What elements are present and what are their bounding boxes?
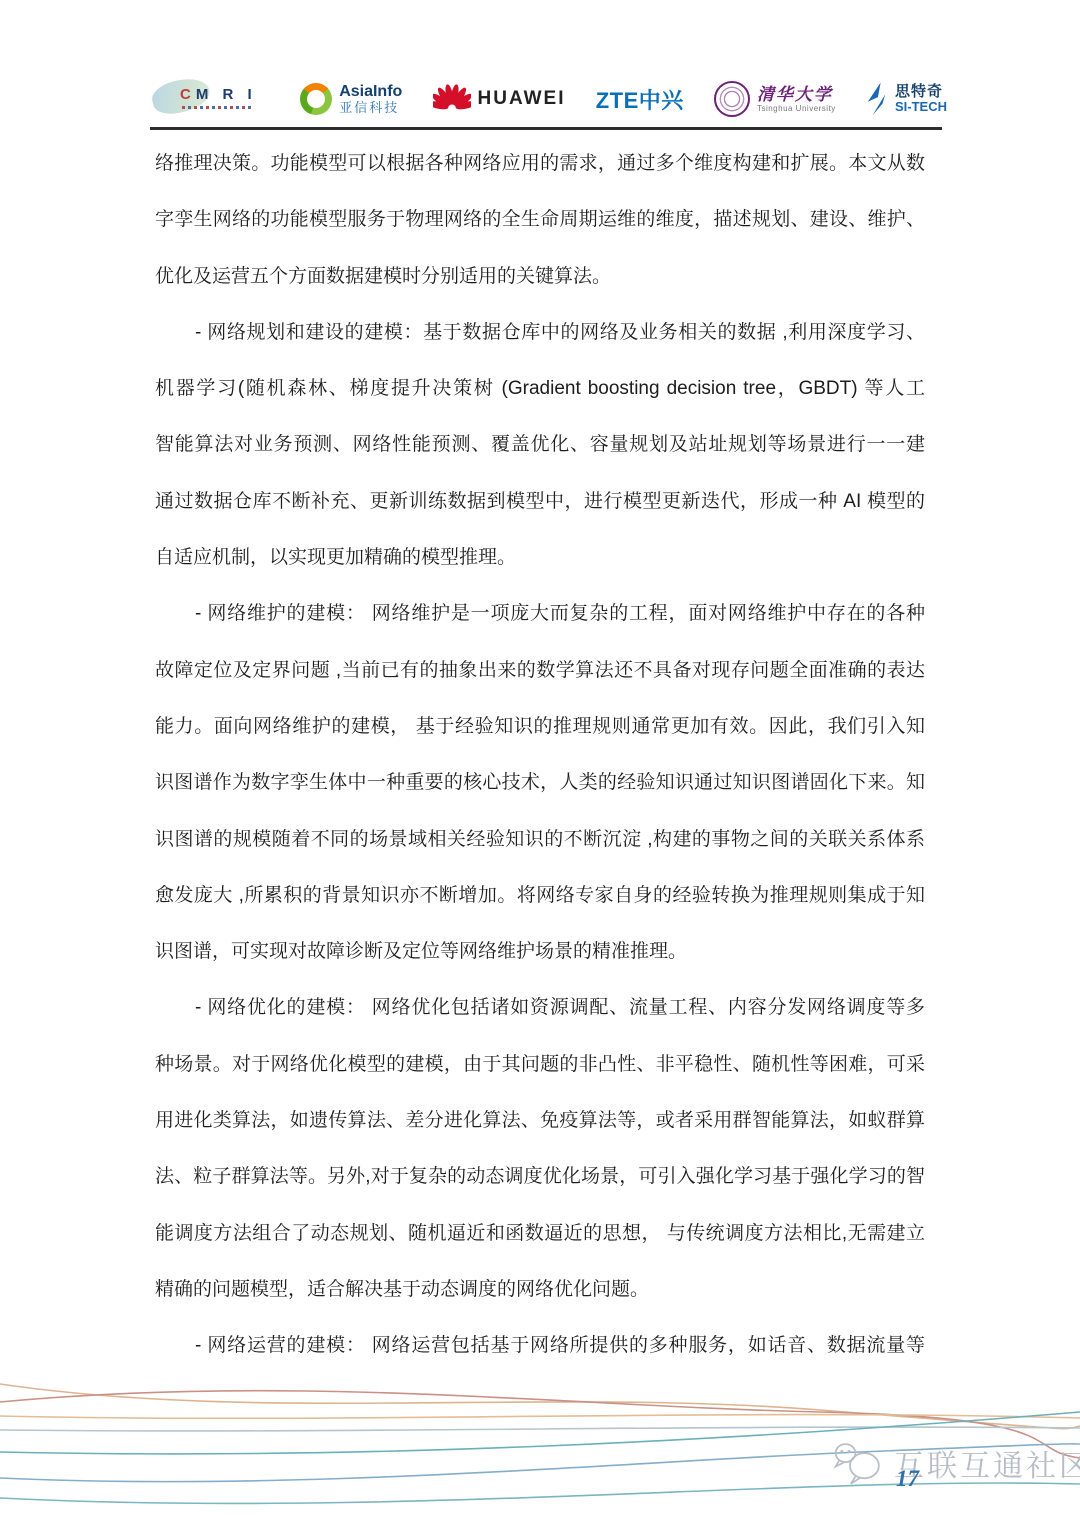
community-watermark: 互联互通社区 <box>832 1440 1080 1486</box>
wechat-chat-bubbles-icon <box>832 1440 886 1486</box>
asiainfo-ring-icon <box>300 83 332 115</box>
body-line: 故障定位及定界问题 ,当前已有的抽象出来的数学算法还不具备对现存问题全面准确的表… <box>155 643 925 699</box>
tsinghua-seal-icon <box>714 81 750 117</box>
body-line: 法、粒子群算法等。另外,对于复杂的动态调度优化场景，可引入强化学习基于强化学习的… <box>155 1149 925 1205</box>
body-line: 精确的问题模型，适合解决基于动态调度的网络优化问题。 <box>155 1262 925 1318</box>
tsinghua-logo: 清华大学 Tsinghua University <box>714 81 836 117</box>
body-line: - 网络优化的建模： 网络优化包括诸如资源调配、流量工程、内容分发网络调度等多 <box>155 980 925 1036</box>
body-line: 络推理决策。功能模型可以根据各种网络应用的需求，通过多个维度构建和扩展。本文从数 <box>155 136 925 192</box>
asiainfo-wordmark: AsiaInfo <box>339 84 402 101</box>
zte-logo: ZTE中兴 <box>596 84 684 115</box>
huawei-flower-icon <box>433 82 471 116</box>
header-divider <box>150 127 942 130</box>
asiainfo-cn-wordmark: 亚信科技 <box>339 101 402 115</box>
tsinghua-en-wordmark: Tsinghua University <box>757 105 836 113</box>
cmri-logo: CM R I <box>152 76 270 122</box>
cmri-subtext-decoration <box>182 106 254 109</box>
body-line: 愈发庞大 ,所累积的背景知识亦不断增加。将网络专家自身的经验转换为推理规则集成于… <box>155 868 925 924</box>
sitech-cn-wordmark: 思特奇 <box>895 84 947 101</box>
zte-wordmark: ZTE中兴 <box>596 84 684 115</box>
body-line: 通过数据仓库不断补充、更新训练数据到模型中，进行模型更新迭代，形成一种 AI 模… <box>155 474 925 530</box>
body-line: 字孪生网络的功能模型服务于物理网络的全生命周期运维的维度，描述规划、建设、维护、 <box>155 192 925 248</box>
sitech-logo: 思特奇 SI-TECH <box>866 81 947 117</box>
body-line: - 网络维护的建模： 网络维护是一项庞大而复杂的工程，面对网络维护中存在的各种 <box>155 586 925 642</box>
tsinghua-cn-wordmark: 清华大学 <box>757 86 836 103</box>
body-line: 机器学习(随机森林、梯度提升决策树 (Gradient boosting dec… <box>155 361 925 417</box>
sitech-en-wordmark: SI-TECH <box>895 100 947 114</box>
page-number: 17 <box>896 1466 919 1492</box>
body-line: 种场景。对于网络优化模型的建模，由于其问题的非凸性、非平稳性、随机性等困难，可采 <box>155 1037 925 1093</box>
huawei-wordmark: HUAWEI <box>478 88 566 110</box>
document-page: CM R I AsiaInfo 亚信科技 <box>0 0 1080 1526</box>
sitech-swoosh-icon <box>866 81 888 117</box>
asiainfo-logo: AsiaInfo 亚信科技 <box>300 83 402 115</box>
cmri-wordmark: CM R I <box>180 86 257 103</box>
body-line: 能调度方法组合了动态规划、随机逼近和函数逼近的思想， 与传统调度方法相比,无需建… <box>155 1206 925 1262</box>
body-line: - 网络规划和建设的建模：基于数据仓库中的网络及业务相关的数据 ,利用深度学习、 <box>155 305 925 361</box>
body-line: 识图谱，可实现对故障诊断及定位等网络维护场景的精准推理。 <box>155 924 925 980</box>
body-line: 识图谱作为数字孪生体中一种重要的核心技术，人类的经验知识通过知识图谱固化下来。知 <box>155 755 925 811</box>
body-line: 能力。面向网络维护的建模， 基于经验知识的推理规则通常更加有效。因此，我们引入知 <box>155 699 925 755</box>
body-line: 自适应机制，以实现更加精确的模型推理。 <box>155 530 925 586</box>
body-line: 用进化类算法，如遗传算法、差分进化算法、免疫算法等，或者采用群智能算法，如蚁群算 <box>155 1093 925 1149</box>
body-line: 优化及运营五个方面数据建模时分别适用的关键算法。 <box>155 249 925 305</box>
huawei-logo: HUAWEI <box>433 82 566 116</box>
watermark-label: 互联互通社区 <box>894 1441 1080 1485</box>
document-body: 络推理决策。功能模型可以根据各种网络应用的需求，通过多个维度构建和扩展。本文从数… <box>155 136 925 1375</box>
body-line: 智能算法对业务预测、网络性能预测、覆盖优化、容量规划及站址规划等场景进行一一建模… <box>155 417 925 473</box>
header-logo-row: CM R I AsiaInfo 亚信科技 <box>152 74 947 124</box>
body-line: 识图谱的规模随着不同的场景域相关经验知识的不断沉淀 ,构建的事物之间的关联关系体… <box>155 812 925 868</box>
